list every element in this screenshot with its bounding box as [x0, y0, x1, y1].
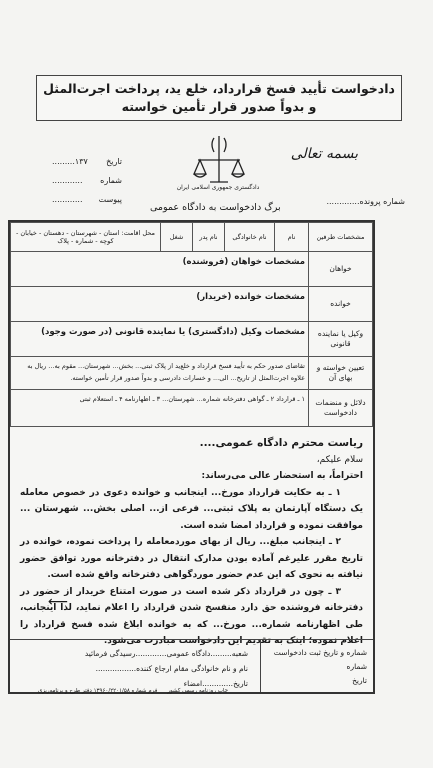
row-content: تقاضای صدور حکم به تأیید فسخ قرارداد و خ…	[11, 357, 309, 390]
title-line-1: دادخواست تأیید فسخ قرارداد، خلع ید، پردا…	[43, 80, 395, 98]
form-number: فرم شماره ۱۳۹۶۰/۲۲۰۱/۵۸ دفتر طرح و برنام…	[38, 688, 157, 694]
row-content: مشخصات خوانده (خریدار)	[11, 287, 309, 322]
table-row: خوانده مشخصات خوانده (خریدار)	[11, 287, 373, 322]
header-cell: محل اقامت: استان - شهرستان - دهستان - خی…	[11, 223, 161, 252]
row-content: مشخصات خواهان (فروشنده)	[11, 252, 309, 287]
row-content: ۱ ـ قرارداد ۲ ـ گواهی دفترخانه شماره... …	[11, 390, 309, 427]
registration-section: شماره و تاریخ ثبت دادخواست شماره تاریخ ش…	[10, 639, 373, 692]
referral-box: شعبه.........دادگاه عمومی.............رس…	[10, 640, 260, 692]
document-meta: تاریخ۱۳۷......... شماره............ پیوس…	[52, 152, 122, 209]
registration-date: تاریخ	[267, 674, 367, 688]
number-value: ............	[52, 171, 83, 190]
judiciary-name: دادگستری جمهوری اسلامی ایران	[172, 184, 264, 191]
file-number: شماره پرونده.............	[326, 197, 405, 206]
registration-box: شماره و تاریخ ثبت دادخواست شماره تاریخ	[260, 640, 373, 692]
salutation: ریاست محترم دادگاه عمومی....	[20, 435, 363, 452]
table-row: تعیین خواسته و بهای آن تقاضای صدور حکم ب…	[11, 357, 373, 390]
document-title: دادخواست تأیید فسخ قرارداد، خلع ید، پردا…	[36, 75, 402, 121]
row-label: تعیین خواسته و بهای آن	[309, 357, 373, 390]
row-label: وکیل یا نماینده قانونی	[309, 322, 373, 357]
header-cell: نام پدر	[193, 223, 225, 252]
row-label: خواهان	[309, 252, 373, 287]
referral-branch: شعبه.........دادگاه عمومی.............رس…	[22, 646, 248, 661]
row-label: خوانده	[309, 287, 373, 322]
bismillah-text: بسمه تعالی	[291, 146, 358, 162]
paragraph-2: ۲ ـ اینجانب مبلغ... ریال از بهای موردمعا…	[20, 534, 363, 584]
header-cell: مشخصات طرفین	[309, 223, 373, 252]
registration-title: شماره و تاریخ ثبت دادخواست	[267, 646, 367, 660]
row-label: دلائل و منضمات دادخواست	[309, 390, 373, 427]
attachment-value: ............	[52, 190, 83, 209]
date-value: ۱۳۷.........	[52, 152, 88, 171]
form-footer: چاپ روزنامه رسمی کشور فرم شماره ۱۳۹۶۰/۲۲…	[38, 688, 228, 694]
greeting: سلام علیکم،	[20, 452, 363, 469]
table-row: خواهان مشخصات خواهان (فروشنده)	[11, 252, 373, 287]
intro: احتراماً، به استحضار عالی می‌رساند:	[20, 468, 363, 485]
attachment-label: پیوست	[99, 190, 122, 209]
date-label: تاریخ	[106, 152, 122, 171]
petition-form: مشخصات طرفین نام نام خانوادگی نام پدر شغ…	[8, 220, 375, 694]
header-cell: نام خانوادگی	[225, 223, 275, 252]
petition-heading: برگ دادخواست به دادگاه عمومی	[150, 202, 281, 213]
table-row: دلائل و منضمات دادخواست ۱ ـ قرارداد ۲ ـ …	[11, 390, 373, 427]
paragraph-1: ۱ ـ به حکایت قرارداد مورخ... اینجانب و خ…	[20, 485, 363, 535]
header-cell: شغل	[161, 223, 193, 252]
parties-table: مشخصات طرفین نام نام خانوادگی نام پدر شغ…	[10, 222, 373, 427]
number-label: شماره	[100, 171, 122, 190]
printer-name: چاپ روزنامه رسمی کشور	[167, 688, 228, 694]
referral-officer: نام و نام خانوادگی مقام ارجاع کننده.....…	[22, 661, 248, 676]
table-row: وکیل یا نماینده قانونی مشخصات وکیل (دادگ…	[11, 322, 373, 357]
petition-body: ریاست محترم دادگاه عمومی.... سلام علیکم،…	[10, 427, 373, 650]
title-line-2: و بدواً صدور قرار تأمین خواسته	[122, 98, 317, 116]
table-header-row: مشخصات طرفین نام نام خانوادگی نام پدر شغ…	[11, 223, 373, 252]
row-content: مشخصات وکیل (دادگستری) یا نماینده قانونی…	[11, 322, 309, 357]
registration-number: شماره	[267, 660, 367, 674]
arrow-left-icon: ⟵	[48, 594, 68, 610]
header-cell: نام	[275, 223, 309, 252]
